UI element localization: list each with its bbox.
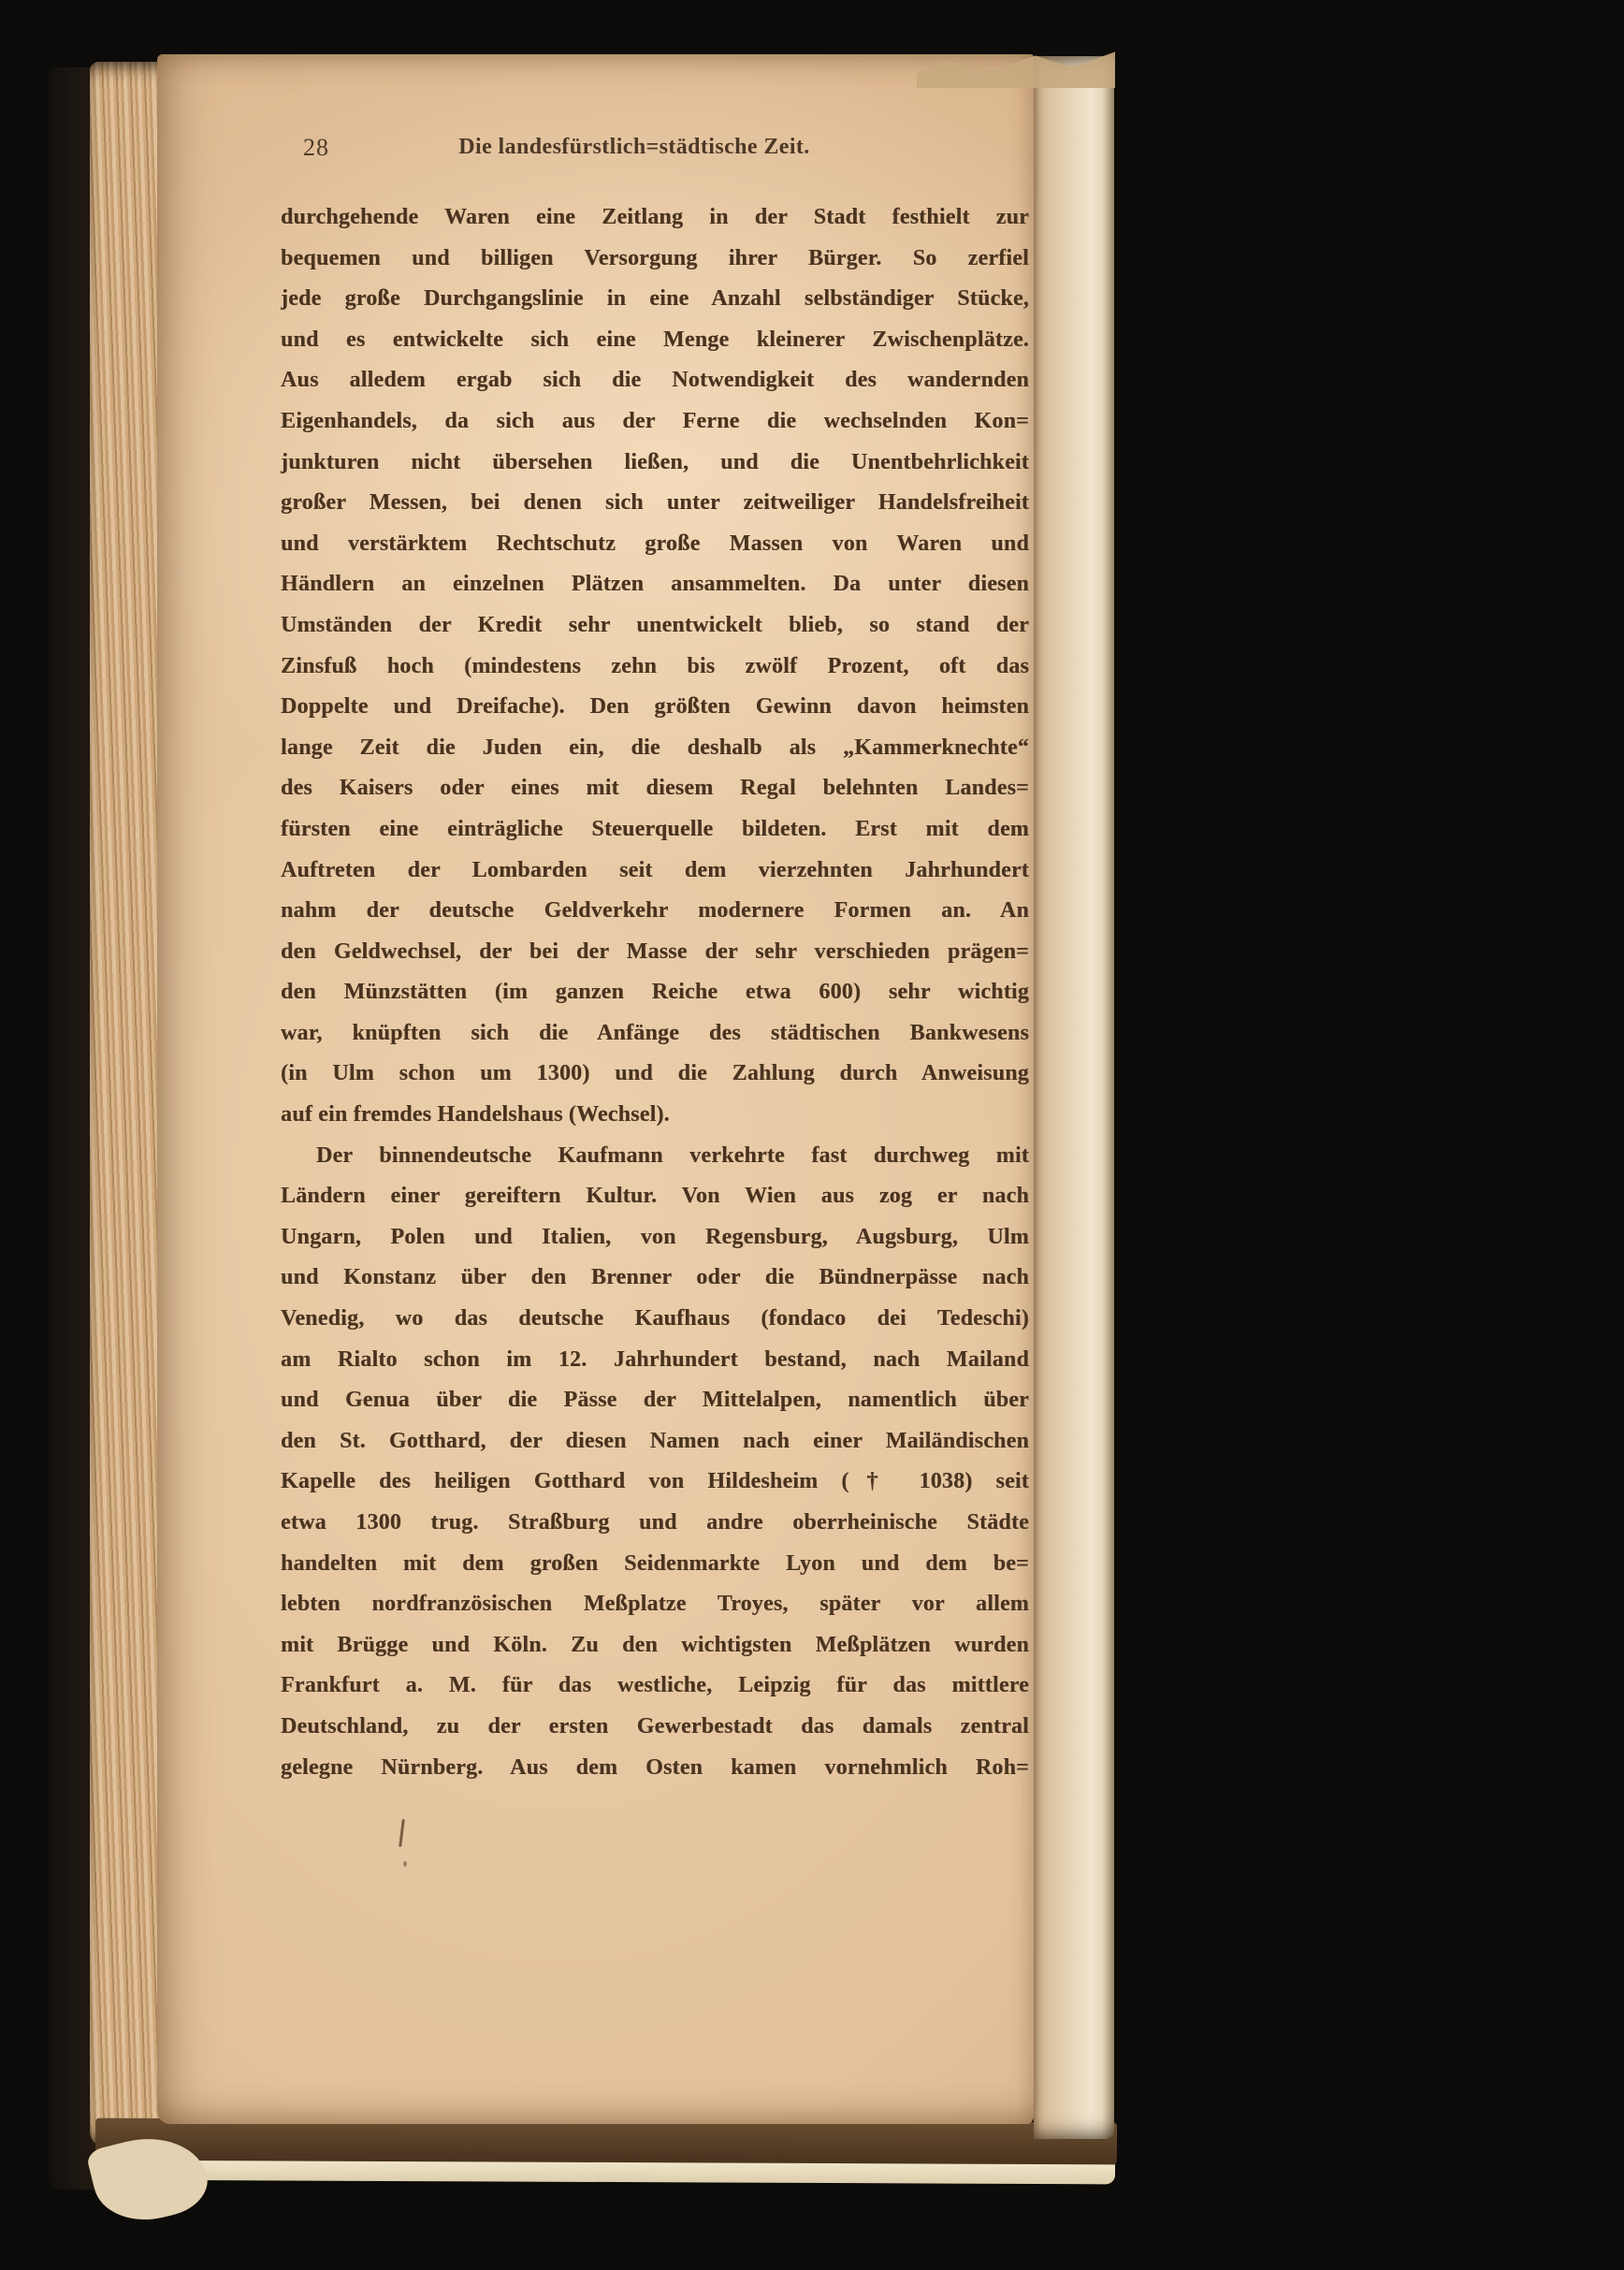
text-line: gelegne Nürnberg. Aus dem Osten kamen vo… (281, 1748, 1029, 1789)
text-line: und Konstanz über den Brenner oder die B… (281, 1258, 1029, 1299)
paragraph: Der binnendeutsche Kaufmann verkehrte fa… (281, 1136, 1029, 1789)
text-line: war, knüpften sich die Anfänge des städt… (281, 1013, 1029, 1055)
text-line: bequemen und billigen Versorgung ihrer B… (281, 239, 1029, 280)
text-line: des Kaisers oder eines mit diesem Regal … (281, 768, 1029, 809)
running-title: Die landesfürstlich=städtische Zeit. (281, 135, 988, 160)
text-line: jede große Durchgangslinie in eine Anzah… (281, 279, 1029, 320)
running-head: 28 Die landesfürstlich=städtische Zeit. (281, 134, 1029, 175)
text-line: Kapelle des heiligen Gotthard von Hildes… (281, 1462, 1029, 1503)
text-line: den Geldwechsel, der bei der Masse der s… (281, 932, 1029, 973)
text-line: Händlern an einzelnen Plätzen ansammelte… (281, 564, 1029, 605)
text-line: den St. Gotthard, der diesen Namen nach … (281, 1421, 1029, 1462)
text-line: Frankfurt a. M. für das westliche, Leipz… (281, 1666, 1029, 1707)
text-line: Auftreten der Lombarden seit dem vierzeh… (281, 851, 1029, 892)
text-line: nahm der deutsche Geldverkehr modernere … (281, 891, 1029, 932)
text-line: Doppelte und Dreifache). Den größten Gew… (281, 687, 1029, 728)
text-line: am Rialto schon im 12. Jahrhundert besta… (281, 1340, 1029, 1381)
text-line: junkturen nicht übersehen ließen, und di… (281, 443, 1029, 484)
ink-dot (403, 1861, 407, 1867)
page-body-text: durchgehende Waren eine Zeitlang in der … (281, 197, 1029, 1788)
text-line: Aus alledem ergab sich die Notwendigkeit… (281, 360, 1029, 401)
text-line: Umständen der Kredit sehr unentwickelt b… (281, 605, 1029, 647)
text-line: Venedig, wo das deutsche Kaufhaus (fonda… (281, 1299, 1029, 1340)
text-line: lebten nordfranzösischen Meßplatze Troye… (281, 1584, 1029, 1625)
paragraph: durchgehende Waren eine Zeitlang in der … (281, 197, 1029, 1136)
text-line: fürsten eine einträgliche Steuerquelle b… (281, 809, 1029, 851)
text-line: Ungarn, Polen und Italien, von Regensbur… (281, 1217, 1029, 1259)
text-line: und verstärktem Rechtschutz große Massen… (281, 524, 1029, 565)
text-line: Der binnendeutsche Kaufmann verkehrte fa… (281, 1136, 1029, 1177)
text-line: etwa 1300 trug. Straßburg und andre ober… (281, 1503, 1029, 1544)
text-line: Ländern einer gereiftern Kultur. Von Wie… (281, 1176, 1029, 1217)
text-line: Eigenhandels, da sich aus der Ferne die … (281, 401, 1029, 443)
text-line: durchgehende Waren eine Zeitlang in der … (281, 197, 1029, 239)
text-line: handelten mit dem großen Seidenmarkte Ly… (281, 1544, 1029, 1585)
text-line: und es entwickelte sich eine Menge klein… (281, 320, 1029, 361)
text-line: den Münzstätten (im ganzen Reiche etwa 6… (281, 972, 1029, 1013)
text-line: (in Ulm schon um 1300) und die Zahlung d… (281, 1054, 1029, 1095)
fore-edge (1034, 56, 1114, 2139)
text-line: Zinsfuß hoch (mindestens zehn bis zwölf … (281, 647, 1029, 688)
text-line: auf ein fremdes Handelshaus (Wechsel). (281, 1095, 1029, 1136)
deckle-edge (101, 2161, 1115, 2185)
text-line: lange Zeit die Juden ein, die deshalb al… (281, 728, 1029, 769)
text-line: mit Brügge und Köln. Zu den wichtigsten … (281, 1625, 1029, 1666)
text-line: großer Messen, bei denen sich unter zeit… (281, 483, 1029, 524)
text-line: Deutschland, zu der ersten Gewerbestadt … (281, 1707, 1029, 1748)
book-cover-edge (49, 67, 95, 2190)
text-line: und Genua über die Pässe der Mittelalpen… (281, 1380, 1029, 1421)
